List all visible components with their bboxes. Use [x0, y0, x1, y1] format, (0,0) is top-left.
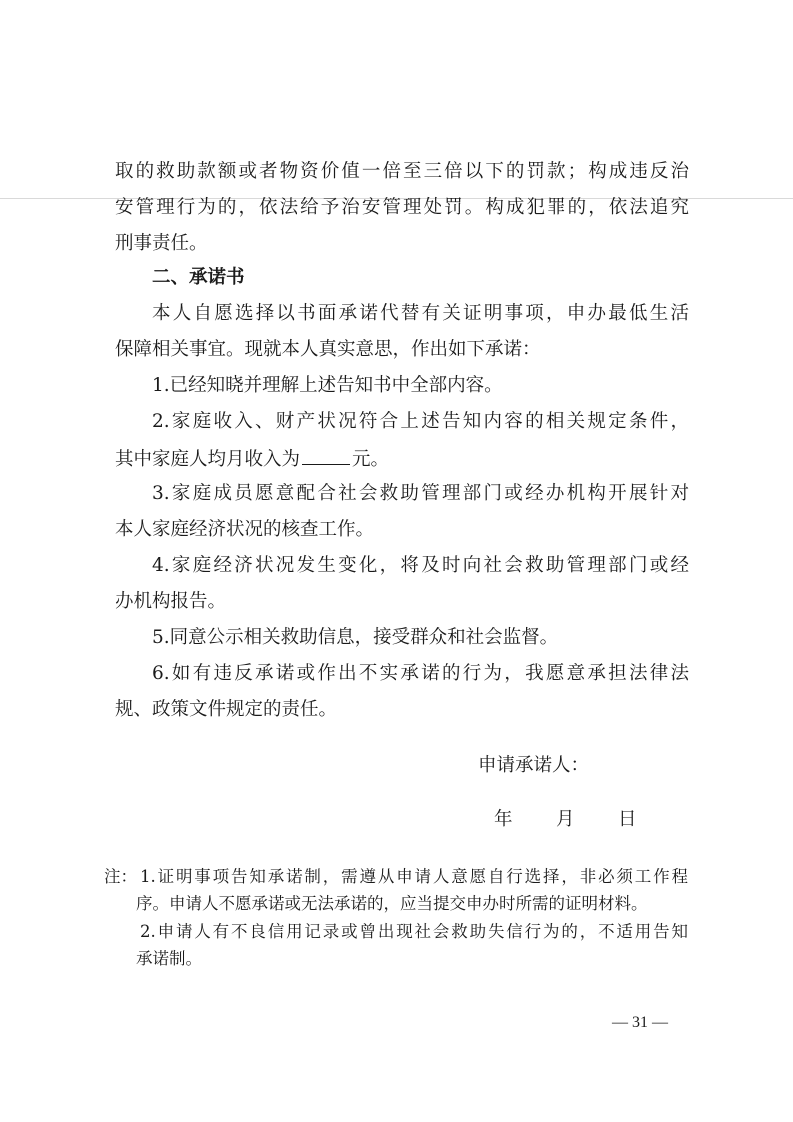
continuation-line-1: 取的救助款额或者物资价值一倍至三倍以下的罚款；构成违反治	[115, 160, 689, 184]
note-line-2: 序。申请人不愿承诺或无法承诺的，应当提交申办时所需的证明材料。	[136, 893, 696, 915]
intro-line-2: 保障相关事宜。现就本人真实意思，作出如下承诺：	[115, 338, 689, 362]
pledge-item-2-line-1: 2.家庭收入、财产状况符合上述告知内容的相关规定条件，	[152, 410, 689, 434]
pledge-item-4-line-1: 4.家庭经济状况发生变化，将及时向社会救助管理部门或经	[152, 554, 689, 578]
pledge-item-3-line-1: 3.家庭成员愿意配合社会救助管理部门或经办机构开展针对	[152, 482, 689, 506]
note-line-3: 2.申请人有不良信用记录或曾出现社会救助失信行为的，不适用告知	[140, 921, 688, 943]
income-blank-field[interactable]	[302, 446, 350, 465]
pledge-item-2-line-2: 其中家庭人均月收入为元。	[115, 446, 689, 470]
continuation-line-3: 刑事责任。	[115, 232, 689, 256]
date-year-label: 年	[494, 808, 513, 832]
pledge-item-3-line-2: 本人家庭经济状况的核查工作。	[115, 518, 689, 542]
pledge-item-1: 1.已经知晓并理解上述告知书中全部内容。	[152, 374, 689, 398]
continuation-line-2: 安管理行为的，依法给予治安管理处罚。构成犯罪的，依法追究	[115, 196, 689, 220]
income-unit: 元。	[352, 449, 389, 470]
note-prefix: 注：	[104, 866, 137, 888]
date-day-label: 日	[618, 808, 637, 832]
signature-label: 申请承诺人：	[478, 754, 589, 778]
page-number: — 31 —	[612, 1013, 668, 1033]
note-line-4: 承诺制。	[136, 948, 202, 970]
pledge-item-6-line-2: 规、政策文件规定的责任。	[115, 698, 689, 722]
pledge-item-4-line-2: 办机构报告。	[115, 590, 689, 614]
income-label: 其中家庭人均月收入为	[115, 449, 300, 470]
note-line-1: 1.证明事项告知承诺制，需遵从申请人意愿自行选择，非必须工作程	[140, 866, 688, 888]
pledge-item-5: 5.同意公示相关救助信息，接受群众和社会监督。	[152, 626, 689, 650]
section-heading: 二、承诺书	[152, 266, 689, 290]
pledge-item-6-line-1: 6.如有违反承诺或作出不实承诺的行为，我愿意承担法律法	[152, 662, 689, 686]
intro-line-1: 本人自愿选择以书面承诺代替有关证明事项，申办最低生活	[152, 302, 689, 326]
date-month-label: 月	[556, 808, 575, 832]
